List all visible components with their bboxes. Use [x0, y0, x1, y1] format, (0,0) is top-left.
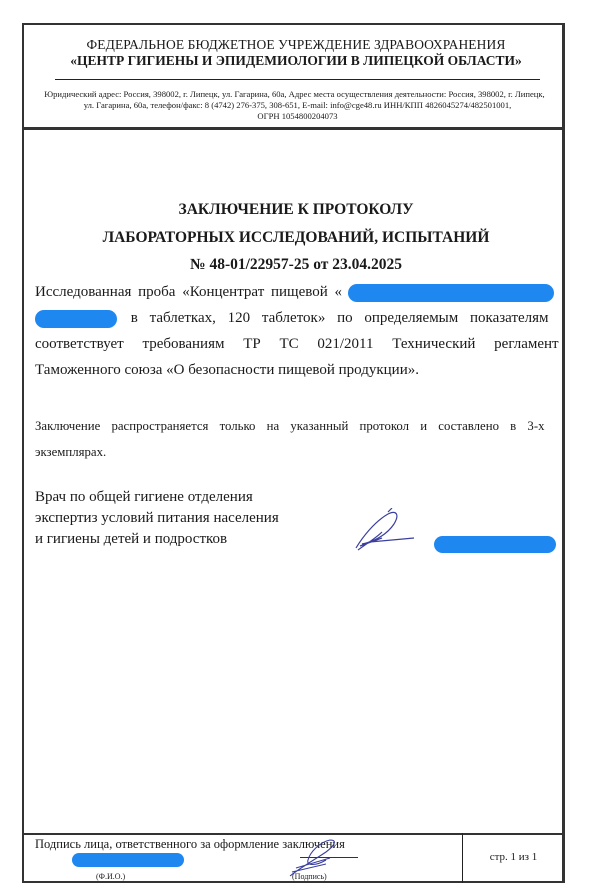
- signer-line3: и гигиены детей и подростков: [35, 529, 279, 550]
- signer-position: Врач по общей гигиене отделения эксперти…: [35, 487, 279, 550]
- redacted-doctor-name: [434, 536, 556, 553]
- conclusion-line4: Таможенного союза «О безопасности пищево…: [35, 362, 419, 378]
- redacted-product-name: [348, 284, 554, 302]
- page-number: стр. 1 из 1: [462, 851, 565, 863]
- org-name-line1: ФЕДЕРАЛЬНОЕ БЮДЖЕТНОЕ УЧРЕЖДЕНИЕ ЗДРАВОО…: [0, 37, 592, 53]
- note-line2: экземплярах.: [35, 439, 563, 465]
- conclusion-line3: соответствует требованиям ТР ТС 021/2011…: [35, 336, 559, 352]
- signer-line1: Врач по общей гигиене отделения: [35, 487, 279, 508]
- address-line3: ОГРН 1054800204073: [30, 111, 565, 122]
- address-line1: Юридический адрес: Россия, 398002, г. Ли…: [24, 89, 565, 100]
- note-line1: Заключение распространяется только на ук…: [35, 413, 563, 439]
- signer-line2: экспертиз условий питания населения: [35, 508, 279, 529]
- conclusion-paragraph: Исследованная проба «Концентрат пищевой …: [35, 279, 563, 383]
- org-address: Юридический адрес: Россия, 398002, г. Ли…: [30, 89, 565, 122]
- signature-caption: (Подпись): [292, 872, 327, 881]
- redacted-product-name-cont: [35, 310, 117, 328]
- doctor-signature-icon: [352, 508, 416, 554]
- doc-title-line2: ЛАБОРАТОРНЫХ ИССЛЕДОВАНИЙ, ИСПЫТАНИЙ: [0, 229, 592, 247]
- fio-caption: (Ф.И.О.): [96, 872, 125, 881]
- conclusion-line2: в таблетках, 120 таблеток» по определяем…: [131, 310, 549, 326]
- protocol-number: № 48-01/22957-25 от 23.04.2025: [0, 256, 592, 274]
- doc-title-line1: ЗАКЛЮЧЕНИЕ К ПРОТОКОЛУ: [0, 201, 592, 219]
- validity-note: Заключение распространяется только на ук…: [35, 413, 563, 465]
- header-divider: [55, 79, 540, 80]
- footer-divider: [24, 833, 564, 835]
- address-divider: [22, 127, 565, 130]
- org-name-line2: «ЦЕНТР ГИГИЕНЫ И ЭПИДЕМИОЛОГИИ В ЛИПЕЦКО…: [0, 53, 592, 69]
- conclusion-line1: Исследованная проба «Концентрат пищевой …: [35, 284, 342, 300]
- redacted-responsible-name: [72, 853, 184, 867]
- address-line2: ул. Гагарина, 60а, телефон/факс: 8 (4742…: [30, 100, 565, 111]
